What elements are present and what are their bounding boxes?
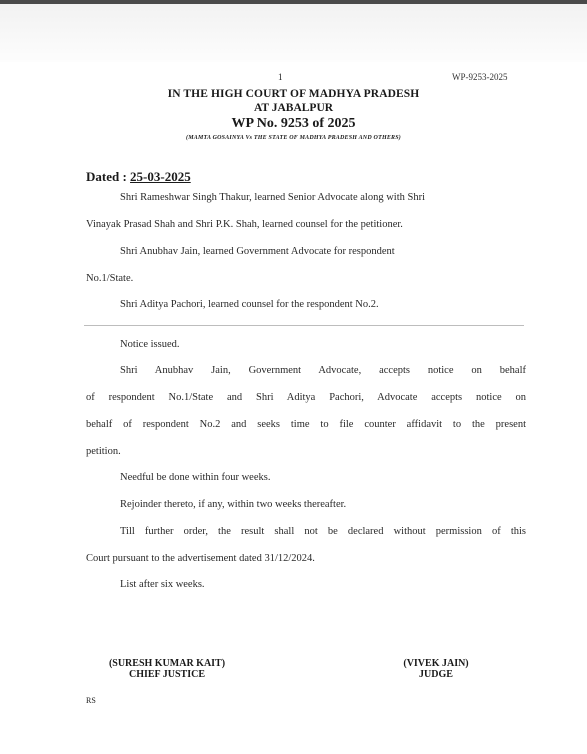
order-acceptance-line4: petition. [86,446,121,457]
appearance-2-line1: Shri Anubhav Jain, learned Government Ad… [120,246,395,257]
appearance-1-line2: Vinayak Prasad Shah and Shri P.K. Shah, … [86,219,403,230]
order-date: Dated : 25-03-2025 [86,169,191,185]
order-rejoinder: Rejoinder thereto, if any, within two we… [120,499,346,510]
appearance-2-line2: No.1/State. [86,273,133,284]
order-needful: Needful be done within four weeks. [120,472,270,483]
section-divider [84,325,524,326]
case-number: WP No. 9253 of 2025 [0,116,587,132]
signatory-name: (SURESH KUMAR KAIT) [92,658,242,669]
order-interim-line1: Till further order, the result shall not… [120,526,526,537]
typist-initials: RS [86,696,96,705]
signatory-title: CHIEF JUSTICE [92,669,242,680]
order-acceptance-line2: of respondent No.1/State and Shri Aditya… [86,392,526,403]
page-number: 1 [278,72,283,82]
case-parties: (MAMTA GOSAINYA Vs THE STATE OF MADHYA P… [0,135,587,141]
document-page: 1 WP-9253-2025 IN THE HIGH COURT OF MADH… [0,62,587,754]
dated-label: Dated : [86,169,127,184]
court-place: AT JABALPUR [0,102,587,114]
order-acceptance-line1: Shri Anubhav Jain, Government Advocate, … [120,365,526,376]
order-notice: Notice issued. [120,339,180,350]
order-interim-line2: Court pursuant to the advertisement date… [86,553,315,564]
signatory-title: JUDGE [376,669,496,680]
case-reference: WP-9253-2025 [452,72,508,82]
order-acceptance-line3: behalf of respondent No.2 and seeks time… [86,419,526,430]
order-listing: List after six weeks. [120,579,205,590]
appearance-1-line1: Shri Rameshwar Singh Thakur, learned Sen… [120,192,425,203]
dated-value: 25-03-2025 [130,169,191,184]
viewer-header-area [0,4,587,62]
signature-judge: (VIVEK JAIN) JUDGE [376,658,496,680]
court-name: IN THE HIGH COURT OF MADHYA PRADESH [0,88,587,100]
signature-chief-justice: (SURESH KUMAR KAIT) CHIEF JUSTICE [92,658,242,680]
signatory-name: (VIVEK JAIN) [376,658,496,669]
appearance-3-line1: Shri Aditya Pachori, learned counsel for… [120,299,379,310]
